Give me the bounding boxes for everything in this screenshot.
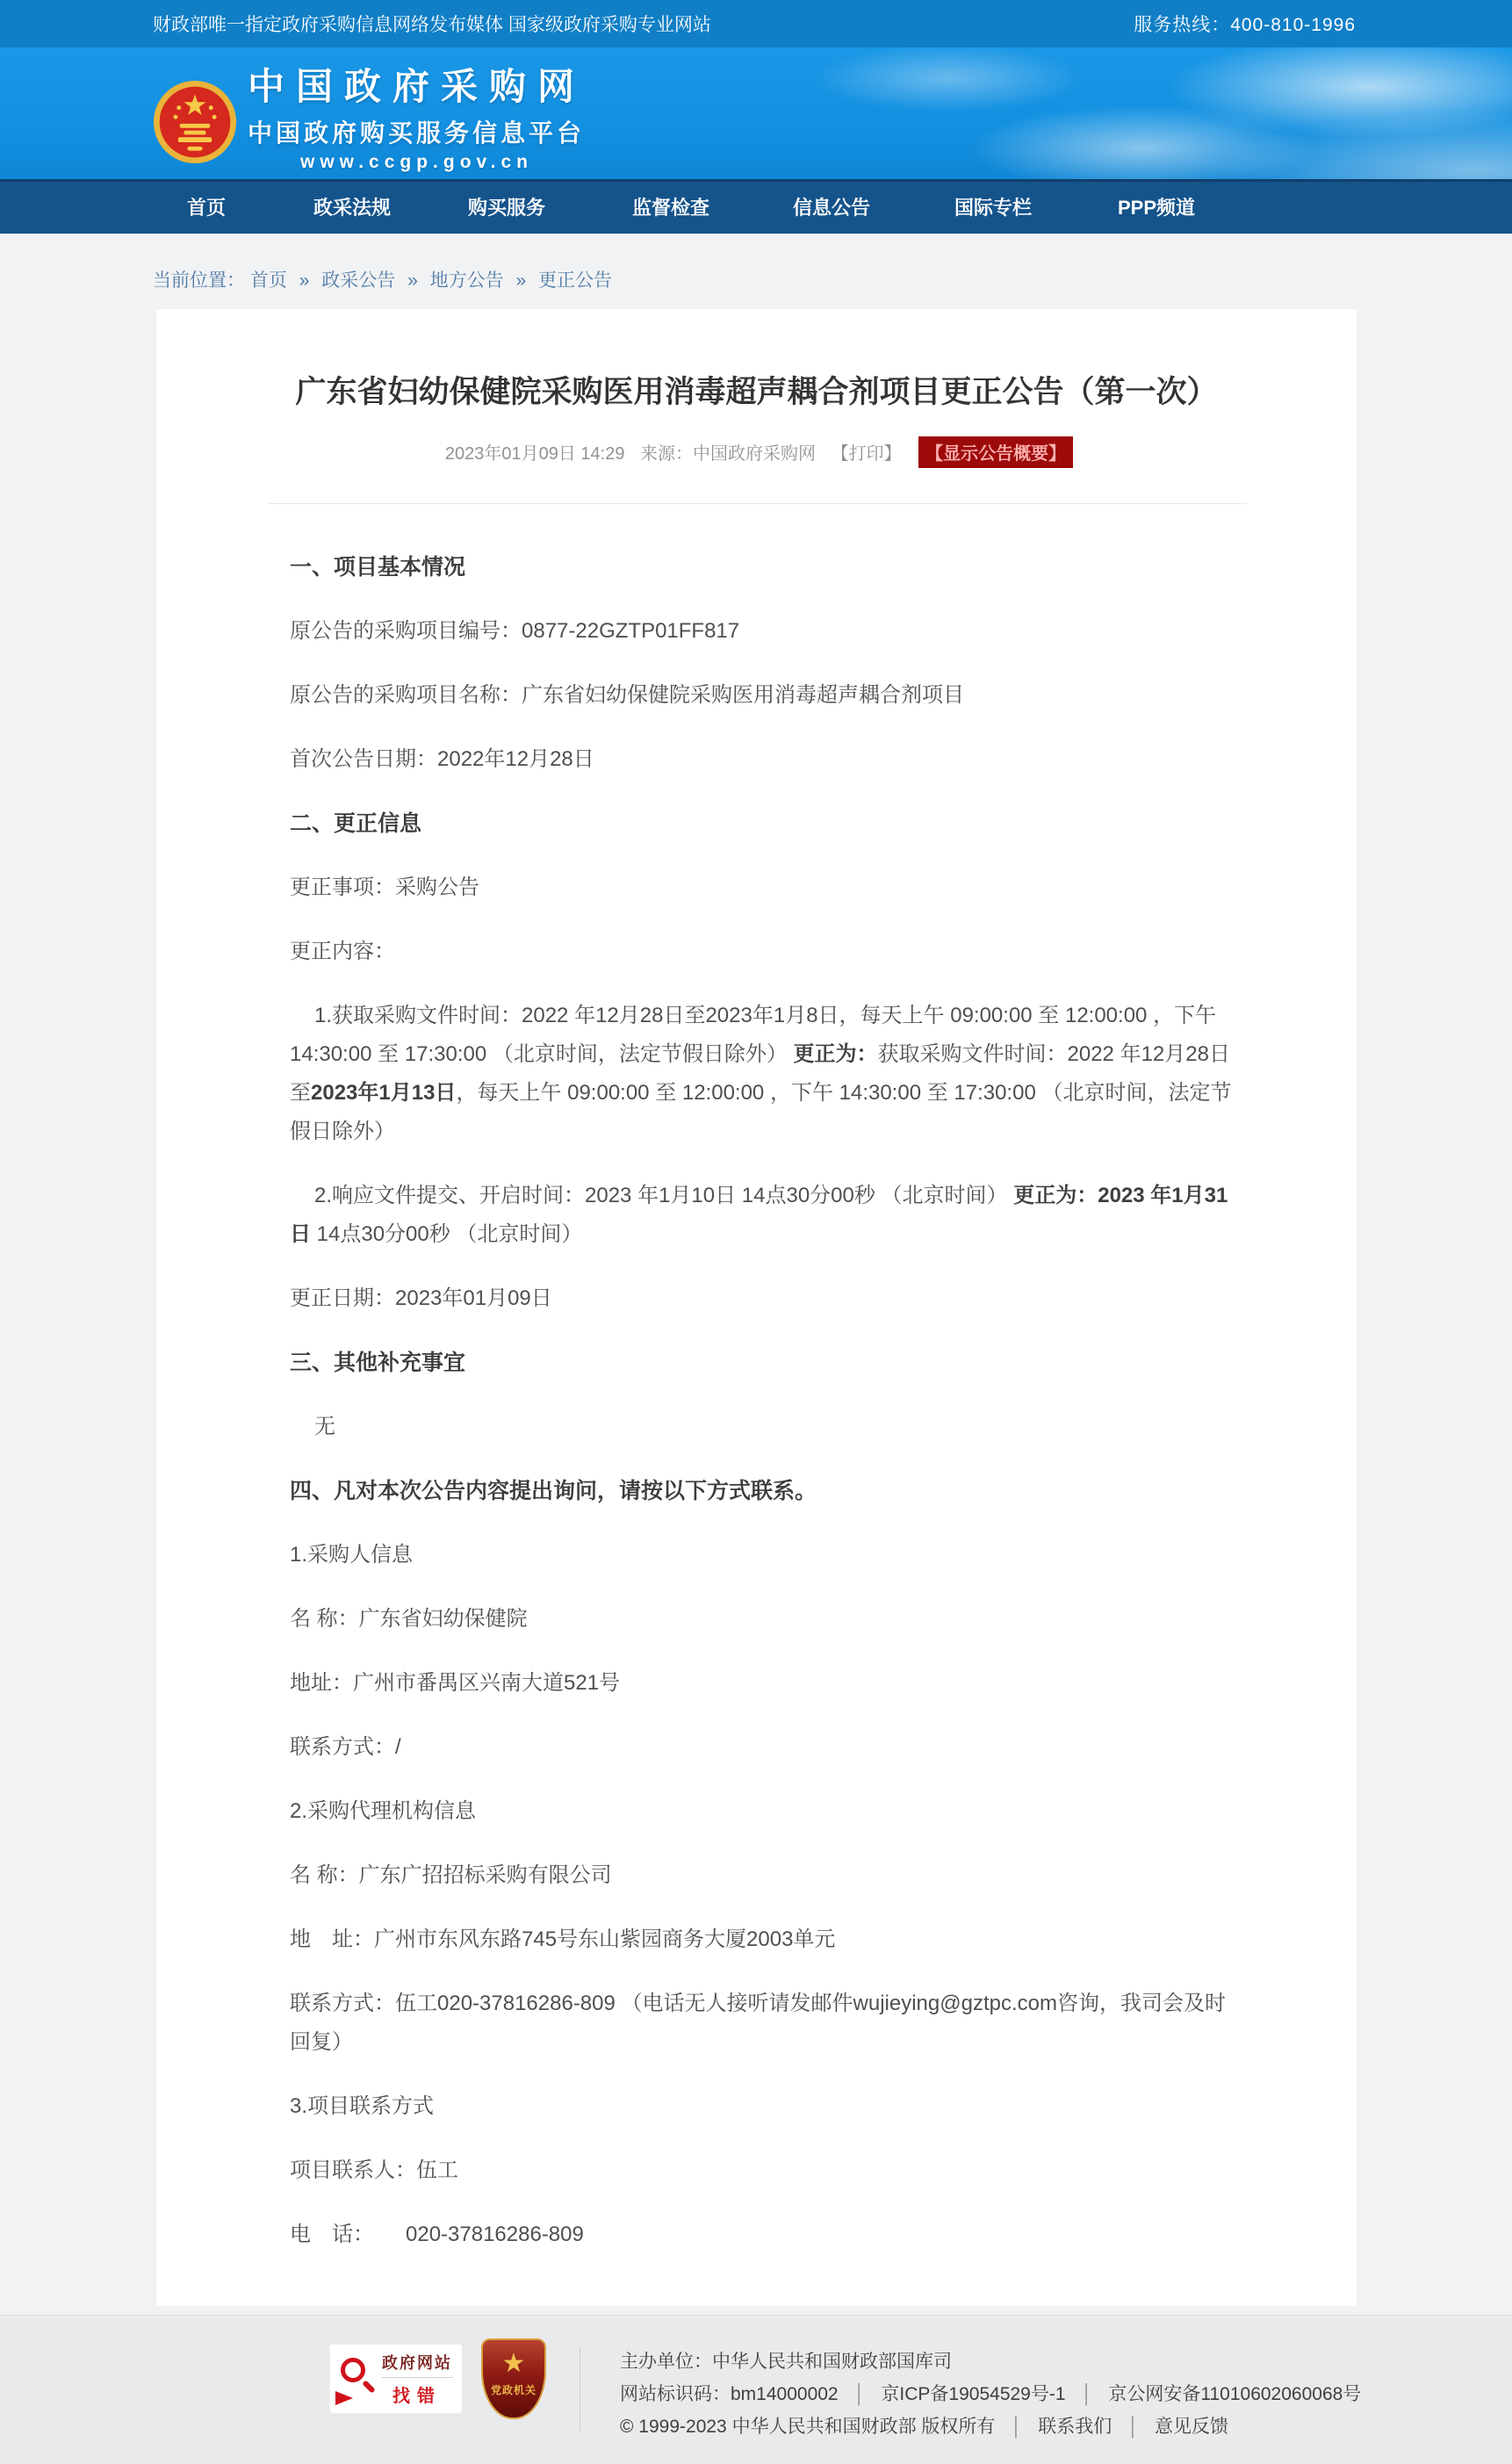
- paragraph: 2.响应文件提交、开启时间：2023 年1月10日 14点30分00秒 （北京时…: [290, 1177, 1238, 1254]
- paragraph: 更正事项：采购公告: [290, 868, 1238, 907]
- breadcrumb-current: 更正公告: [538, 270, 612, 291]
- paragraph: 联系方式：伍工020-37816286-809 （电话无人接听请发邮件wujie…: [290, 1985, 1238, 2062]
- print-button[interactable]: 【打印】: [832, 444, 902, 464]
- breadcrumb-link-announcements[interactable]: 政采公告: [321, 270, 395, 291]
- nav-item-international[interactable]: 国际专栏: [954, 182, 1032, 234]
- paragraph: 项目联系人：伍工: [290, 2151, 1238, 2190]
- nav-item-purchase[interactable]: 购买服务: [468, 182, 545, 234]
- footer-vertical-divider: [580, 2347, 580, 2432]
- paragraph: 更正内容：: [290, 933, 1238, 971]
- paragraph: 3.项目联系方式: [290, 2087, 1238, 2126]
- party-gov-shield-badge[interactable]: ★ 党政机关: [481, 2338, 546, 2419]
- section-heading: 一、项目基本情况: [290, 548, 1238, 587]
- service-hotline: 服务热线：400-810-1996: [1134, 11, 1356, 37]
- paragraph: 名 称：广东省妇幼保健院: [290, 1600, 1238, 1639]
- shield-label: 党政机关: [491, 2382, 536, 2397]
- paragraph: 地址：广州市番禺区兴南大道521号: [290, 1664, 1238, 1703]
- nav-item-regulations[interactable]: 政采法规: [313, 182, 391, 234]
- copyright-notice: © 1999-2023 中华人民共和国财政部 版权所有: [620, 2417, 995, 2437]
- paragraph: 原公告的采购项目名称：广东省妇幼保健院采购医用消毒超声耦合剂项目: [290, 676, 1238, 715]
- site-name: 中国政府采购网: [248, 58, 586, 111]
- site-url: www.ccgp.gov.cn: [248, 152, 586, 173]
- shield-star-icon: ★: [502, 2351, 526, 2377]
- nav-item-announcements[interactable]: 信息公告: [793, 182, 870, 234]
- nav-item-home[interactable]: 首页: [187, 182, 226, 234]
- paragraph: 更正日期：2023年01月09日: [290, 1279, 1238, 1318]
- breadcrumb-separator: »: [299, 270, 310, 291]
- main-nav: 首页 政采法规 购买服务 监督检查 信息公告 国际专栏 PPP频道: [0, 179, 1512, 234]
- masthead: 中国政府采购网 中国政府购买服务信息平台 www.ccgp.gov.cn: [0, 47, 1512, 179]
- breadcrumb-label: 当前位置：: [153, 270, 245, 291]
- paragraph: 首次公告日期：2022年12月28日: [290, 740, 1238, 779]
- breadcrumb: 当前位置： 首页 » 政采公告 » 地方公告 » 更正公告: [153, 266, 612, 292]
- section-heading: 二、更正信息: [290, 804, 1238, 843]
- page-footer: 政府网站 找错 ★ 党政机关 主办单位：中华人民共和国财政部国库司 网站标识码：…: [0, 2315, 1512, 2464]
- find-error-icon: [335, 2352, 378, 2405]
- icp-license-link[interactable]: 京ICP备19054529号-1: [881, 2384, 1065, 2404]
- national-emblem-icon: [153, 80, 237, 164]
- article-meta: 2023年01月09日 14:29 来源：中国政府采购网 【打印】 【显示公告概…: [156, 436, 1357, 468]
- breadcrumb-link-home[interactable]: 首页: [250, 270, 287, 291]
- paragraph: 无: [290, 1408, 1238, 1446]
- gov-site-find-error-badge[interactable]: 政府网站 找错: [329, 2344, 463, 2414]
- top-utility-bar: 财政部唯一指定政府采购信息网络发布媒体 国家级政府采购专业网站 服务热线：400…: [0, 0, 1512, 47]
- article-source: 来源：中国政府采购网: [640, 444, 816, 464]
- article-card: 广东省妇幼保健院采购医用消毒超声耦合剂项目更正公告（第一次） 2023年01月0…: [156, 309, 1357, 2306]
- publish-datetime: 2023年01月09日 14:29: [445, 444, 625, 464]
- paragraph: 2.采购代理机构信息: [290, 1792, 1238, 1831]
- site-titles: 中国政府采购网 中国政府购买服务信息平台 www.ccgp.gov.cn: [248, 58, 586, 173]
- paragraph: 地 址：广州市东风东路745号东山紫园商务大厦2003单元: [290, 1920, 1238, 1959]
- breadcrumb-separator: »: [407, 270, 418, 291]
- site-subtitle: 中国政府购买服务信息平台: [248, 114, 586, 149]
- section-heading: 四、凡对本次公告内容提出询问，请按以下方式联系。: [290, 1472, 1238, 1510]
- paragraph: 电 话： 020-37816286-809: [290, 2215, 1238, 2254]
- nav-item-ppp[interactable]: PPP频道: [1118, 182, 1195, 234]
- find-error-label-top: 政府网站: [378, 2351, 457, 2374]
- breadcrumb-separator: »: [515, 270, 526, 291]
- nav-item-supervision[interactable]: 监督检查: [632, 182, 709, 234]
- site-code: 网站标识码：bm14000002: [620, 2384, 839, 2404]
- host-organization: 主办单位：中华人民共和国财政部国库司: [620, 2352, 952, 2372]
- breadcrumb-link-local[interactable]: 地方公告: [430, 270, 504, 291]
- paragraph: 联系方式：/: [290, 1728, 1238, 1767]
- page-title: 广东省妇幼保健院采购医用消毒超声耦合剂项目更正公告（第一次）: [253, 371, 1260, 414]
- section-heading: 三、其他补充事宜: [290, 1344, 1238, 1382]
- paragraph: 名 称：广东广招招标采购有限公司: [290, 1856, 1238, 1895]
- site-logo[interactable]: 中国政府采购网 中国政府购买服务信息平台 www.ccgp.gov.cn: [153, 58, 586, 173]
- contact-us-link[interactable]: 联系我们: [1038, 2417, 1112, 2437]
- police-record-link[interactable]: 京公网安备11010602060068号: [1108, 2384, 1361, 2404]
- find-error-divider: [381, 2377, 453, 2378]
- article-body: 一、项目基本情况原公告的采购项目编号：0877-22GZTP01FF817原公告…: [290, 548, 1238, 2254]
- footer-text: 主办单位：中华人民共和国财政部国库司 网站标识码：bm14000002 │ 京I…: [620, 2345, 1361, 2443]
- title-divider: [269, 503, 1247, 504]
- paragraph: 1.获取采购文件时间：2022 年12月28日至2023年1月8日，每天上午 0…: [290, 997, 1238, 1151]
- paragraph: 1.采购人信息: [290, 1536, 1238, 1574]
- feedback-link[interactable]: 意见反馈: [1155, 2417, 1228, 2437]
- show-summary-button[interactable]: 【显示公告概要】: [918, 436, 1073, 468]
- find-error-label-bottom: 找错: [378, 2381, 457, 2407]
- paragraph: 原公告的采购项目编号：0877-22GZTP01FF817: [290, 612, 1238, 651]
- site-slogan: 财政部唯一指定政府采购信息网络发布媒体 国家级政府采购专业网站: [153, 11, 711, 37]
